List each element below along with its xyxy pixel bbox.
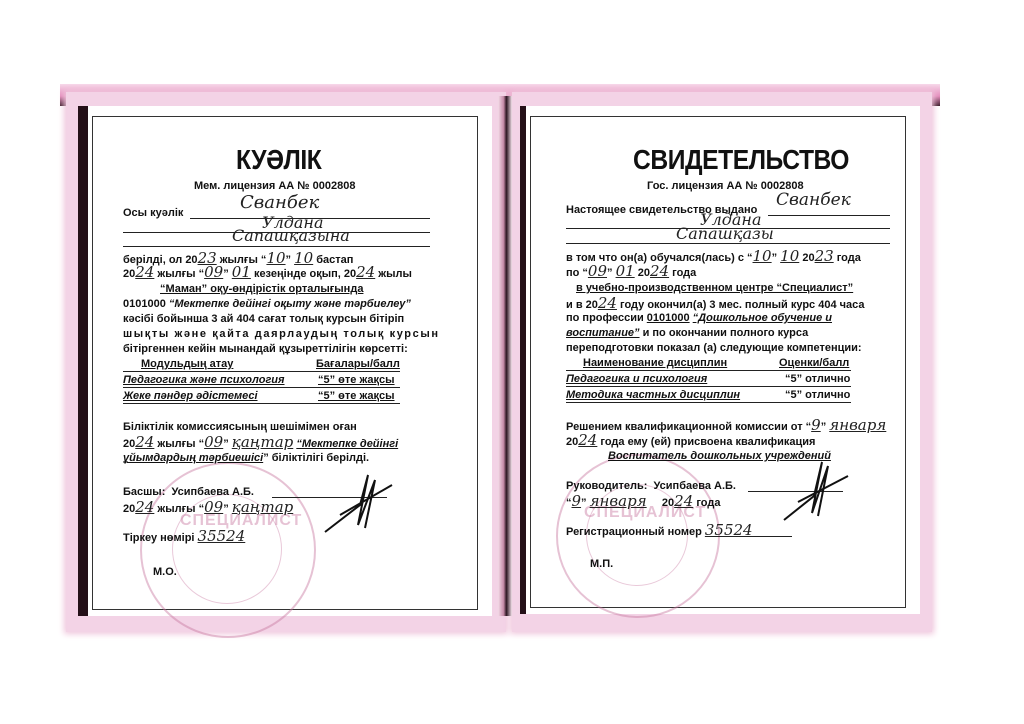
left-center-name: “Маман” оқу-өндірістік орталығында (160, 283, 363, 296)
left-commission-line2: 2024 жылғы “09” қаңтар “Мектепке дейінгі (123, 436, 398, 451)
right-table-row-grade: “5” отлично (785, 373, 850, 386)
left-signature (320, 470, 400, 540)
left-table-row-module: Жеке пәндер әдістемесі (123, 390, 258, 403)
left-issued-to-label: Осы куәлік (123, 207, 183, 220)
left-sign-date: 2024 жылғы “09” қаңтар (123, 501, 293, 516)
right-stamp-place: М.П. (590, 558, 613, 571)
right-table-row-module: Педагогика и психология (566, 373, 707, 386)
right-signature (776, 458, 856, 528)
right-date-line2: по “09” 01 2024 года (566, 265, 696, 280)
right-profession-line: по профессии 0101000 “Дошкольное обучени… (566, 312, 832, 325)
right-table-row-module: Методика частных дисциплин (566, 389, 740, 402)
right-profession-line2: воспитание” и по окончании полного курса (566, 327, 808, 340)
right-table-header-grade: Оценки/балл (779, 357, 849, 370)
right-surname: Сванбек (776, 194, 851, 207)
left-commission-line3: ұйымдардың тәрбиешісі” біліктілігі беріл… (123, 452, 369, 465)
right-commission-line1: Решением квалификационной комиссии от “9… (566, 419, 886, 434)
right-date-line1: в том что он(а) обучался(лась) с “10” 10… (566, 250, 861, 265)
left-table-header-module: Модульдың атау (141, 358, 233, 371)
right-patronymic: Сапашқазы (676, 227, 774, 240)
right-title: СВИДЕТЕЛЬСТВО (633, 144, 849, 176)
left-date-line2: 2024 жылғы “09” 01 кезеңінде оқып, 2024 … (123, 266, 412, 281)
right-table-row-grade: “5” отлично (785, 389, 850, 402)
left-table-row-module: Педагогика және психология (123, 374, 285, 387)
left-stamp-place: М.О. (153, 566, 177, 579)
left-surname: Сванбек (240, 196, 319, 209)
right-grad-line: и в 2024 году окончил(а) 3 мес. полный к… (566, 297, 865, 312)
left-patronymic: Сапашқазына (232, 229, 350, 242)
right-sign-date: “9” января 2024 года (566, 495, 720, 510)
cover-spine (498, 96, 512, 616)
left-table-header-grade: Бағалары/балл (316, 358, 400, 371)
left-program: 0101000 “Мектепке дейінгі оқыту және тәр… (123, 298, 411, 311)
right-commission-line2: 2024 года ему (ей) присвоена квалификаци… (566, 434, 815, 449)
right-center-name: в учебно-производственном центре “Специа… (576, 282, 853, 295)
left-table-row-grade: “5” өте жақсы (318, 374, 395, 387)
right-body-line: переподготовки показал (а) следующие ком… (566, 342, 862, 355)
right-table-header-module: Наименование дисциплин (583, 357, 727, 370)
left-body-line3: бітіргеннен кейін мынандай құзыреттілігі… (123, 343, 408, 356)
left-body-line1: кәсібі бойынша 3 ай 404 сағат толық курс… (123, 313, 404, 326)
left-body-line2: шықты және қайта даярлаудың толық курсын (123, 328, 440, 341)
left-reg: Тіркеу нөмірі 35524 (123, 530, 245, 545)
left-title: КУӘЛІК (236, 144, 321, 176)
left-table-row-grade: “5” өте жақсы (318, 390, 395, 403)
